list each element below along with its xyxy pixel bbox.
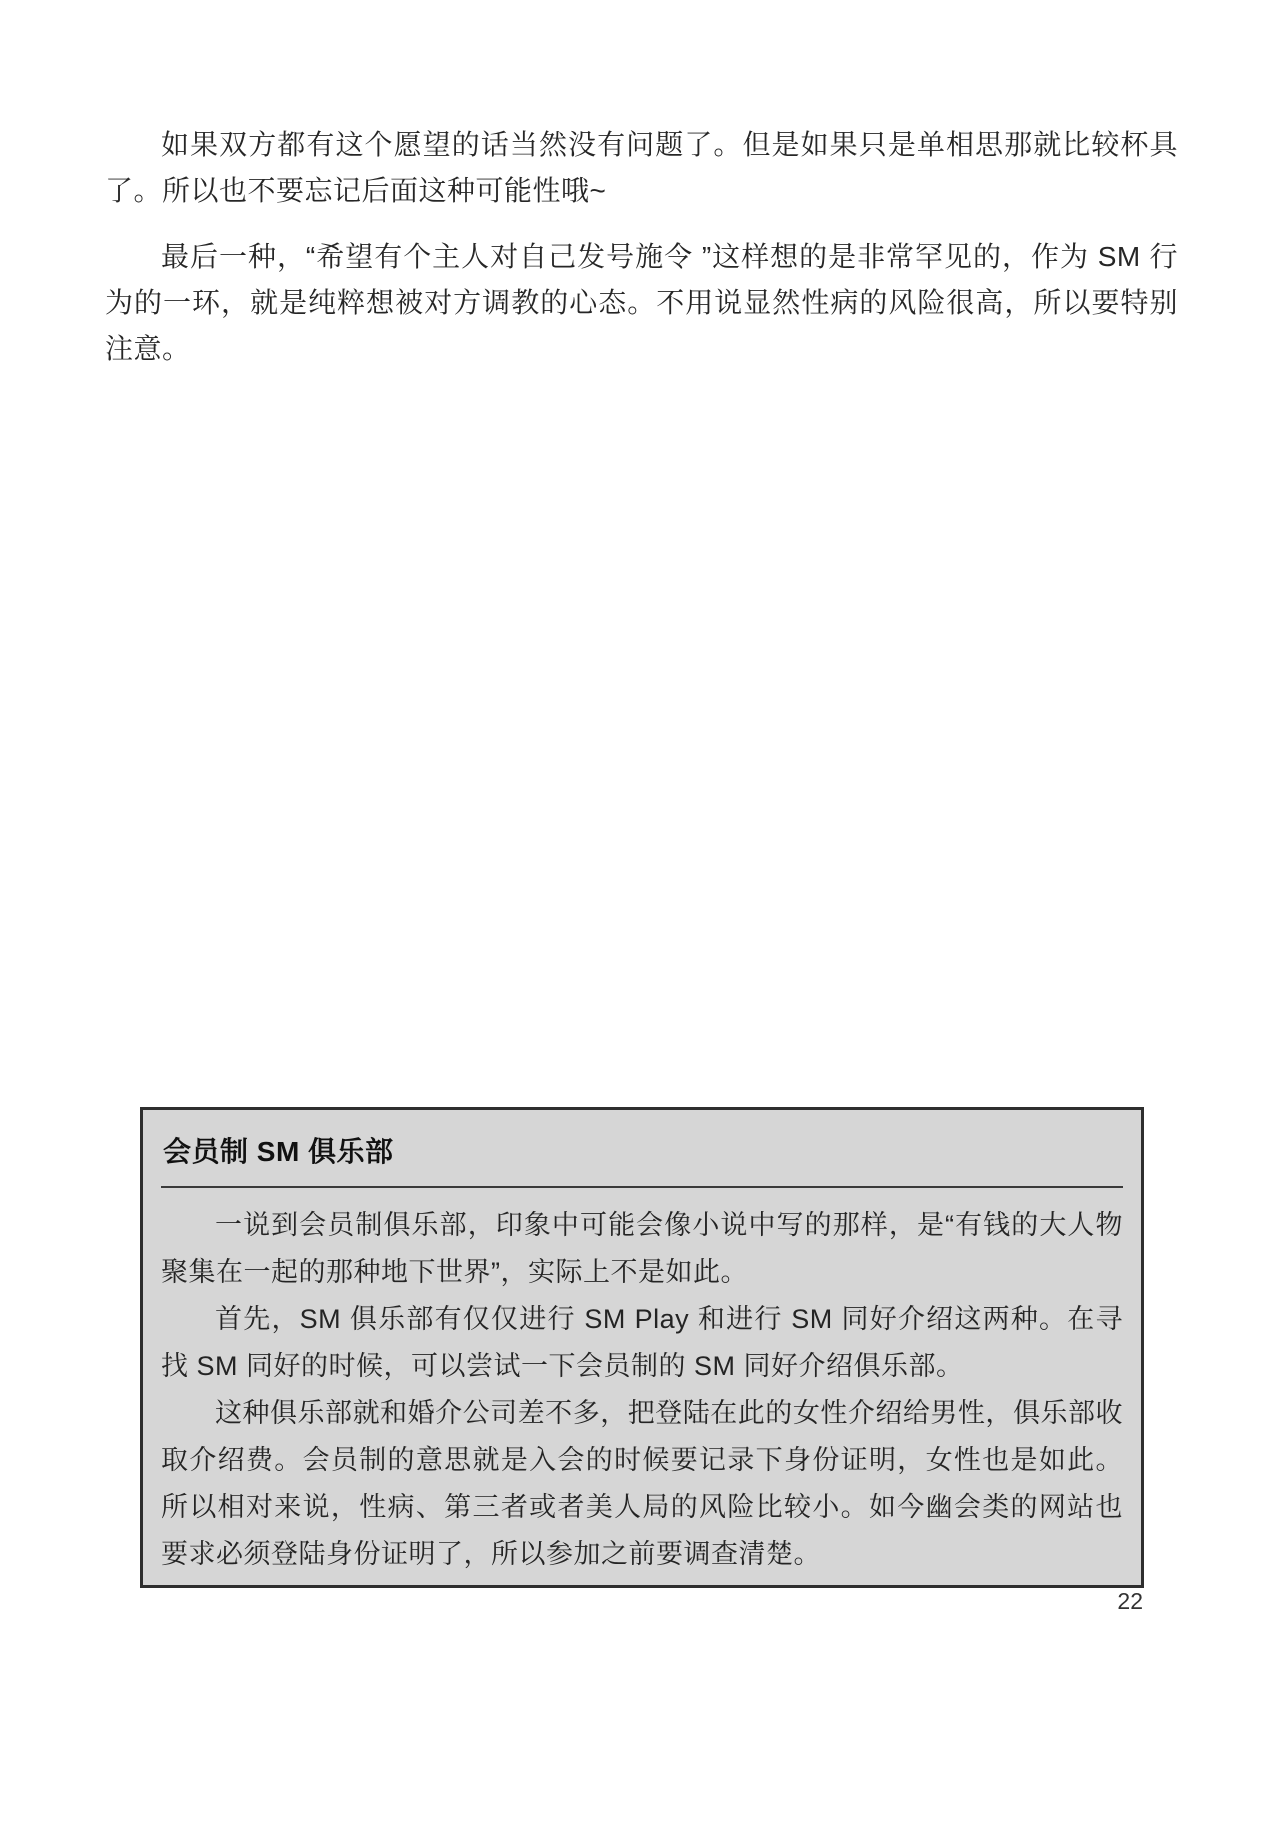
main-text-block: 如果双方都有这个愿望的话当然没有问题了。但是如果只是单相思那就比较杯具了。所以也… [105, 122, 1178, 392]
paragraph-2: 最后一种，“希望有个主人对自己发号施令 ”这样想的是非常罕见的，作为 SM 行为… [105, 234, 1178, 372]
paragraph-1: 如果双方都有这个愿望的话当然没有问题了。但是如果只是单相思那就比较杯具了。所以也… [105, 122, 1178, 214]
page-number: 22 [1117, 1588, 1143, 1615]
callout-box-title: 会员制 SM 俱乐部 [161, 1130, 1123, 1188]
callout-paragraph-4: 这种俱乐部入会费大概 5000 日元（≈400RMB）、介绍一个人再收 5000… [161, 1578, 1123, 1588]
callout-box: 会员制 SM 俱乐部 一说到会员制俱乐部，印象中可能会像小说中写的那样，是“有钱… [140, 1107, 1144, 1588]
document-page: 如果双方都有这个愿望的话当然没有问题了。但是如果只是单相思那就比较杯具了。所以也… [0, 0, 1280, 1832]
callout-paragraph-3: 这种俱乐部就和婚介公司差不多，把登陆在此的女性介绍给男性，俱乐部收取介绍费。会员… [161, 1390, 1123, 1578]
callout-paragraph-1: 一说到会员制俱乐部，印象中可能会像小说中写的那样，是“有钱的大人物聚集在一起的那… [161, 1202, 1123, 1296]
callout-box-body: 一说到会员制俱乐部，印象中可能会像小说中写的那样，是“有钱的大人物聚集在一起的那… [161, 1202, 1123, 1588]
callout-paragraph-2: 首先，SM 俱乐部有仅仅进行 SM Play 和进行 SM 同好介绍这两种。在寻… [161, 1296, 1123, 1390]
